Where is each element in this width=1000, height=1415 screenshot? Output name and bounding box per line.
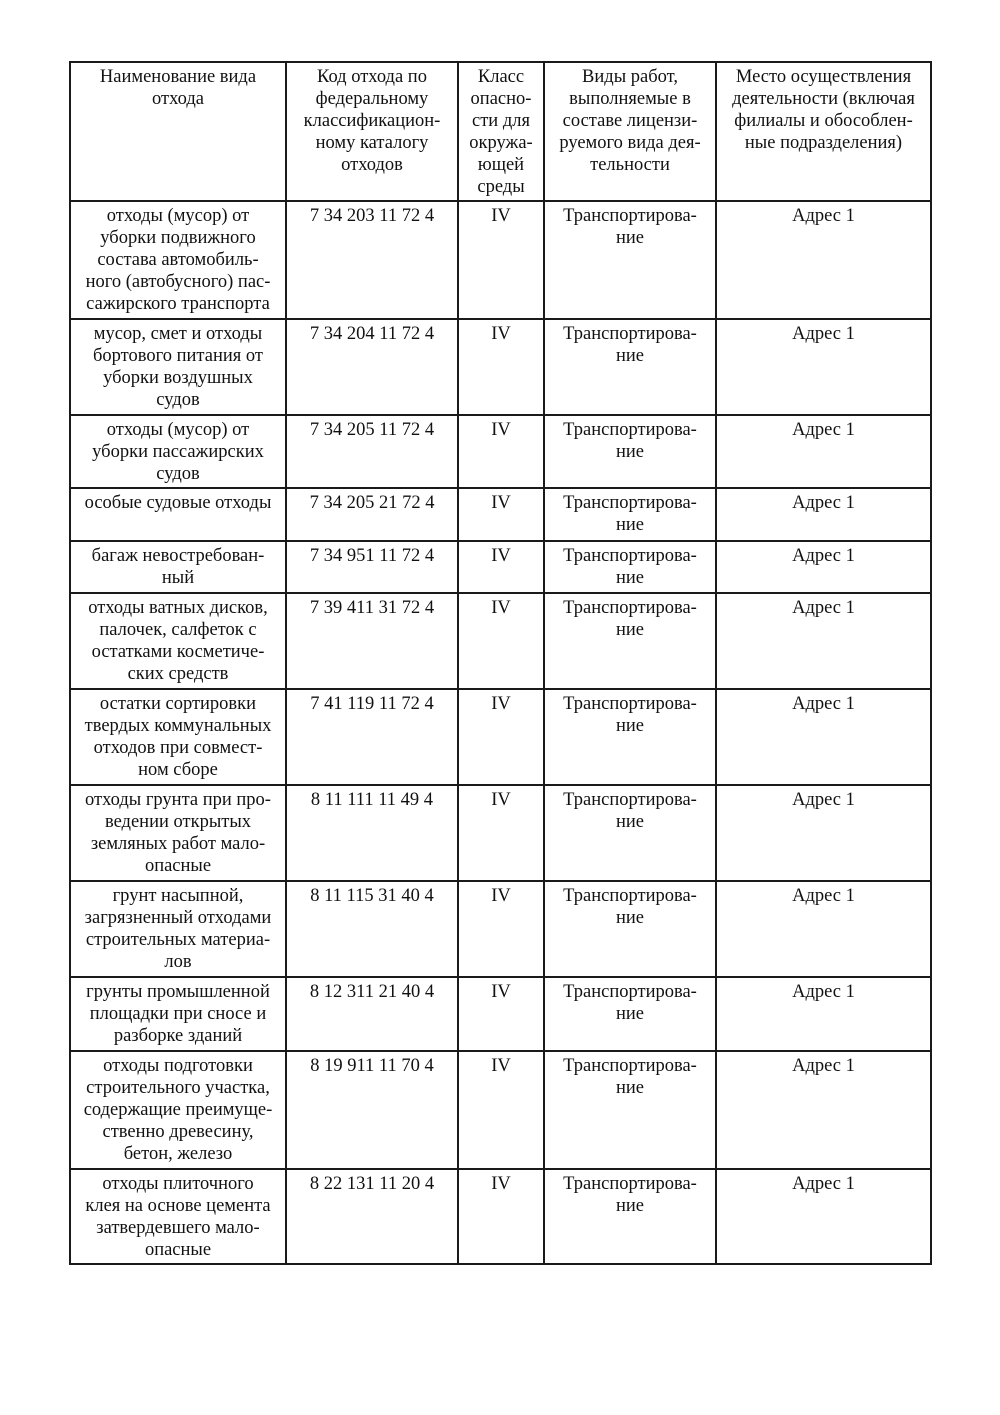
- cell-work-type: Транспортирова- ние: [544, 488, 716, 541]
- table-row: отходы плиточного клея на основе цемента…: [70, 1169, 931, 1264]
- header-work-types: Виды работ, выполняемые в составе лиценз…: [544, 62, 716, 201]
- cell-waste-name: отходы (мусор) от уборки подвижного сост…: [70, 201, 286, 319]
- cell-activity-place: Адрес 1: [716, 1169, 931, 1264]
- cell-activity-place: Адрес 1: [716, 415, 931, 488]
- header-activity-place: Место осуществления деятельности (включа…: [716, 62, 931, 201]
- table-header-row: Наименование вида отхода Код отхода по ф…: [70, 62, 931, 201]
- cell-waste-code: 7 39 411 31 72 4: [286, 593, 458, 689]
- cell-waste-code: 8 12 311 21 40 4: [286, 977, 458, 1051]
- table-row: отходы подготовки строительного участка,…: [70, 1051, 931, 1169]
- cell-waste-name: грунт насыпной, загрязненный отходами ст…: [70, 881, 286, 977]
- cell-hazard-class: IV: [458, 319, 544, 415]
- cell-work-type: Транспортирова- ние: [544, 415, 716, 488]
- cell-work-type: Транспортирова- ние: [544, 1051, 716, 1169]
- cell-work-type: Транспортирова- ние: [544, 541, 716, 593]
- cell-work-type: Транспортирова- ние: [544, 593, 716, 689]
- cell-hazard-class: IV: [458, 1169, 544, 1264]
- table-body: отходы (мусор) от уборки подвижного сост…: [70, 201, 931, 1264]
- cell-waste-name: мусор, смет и отходы бортового питания о…: [70, 319, 286, 415]
- table-row: отходы (мусор) от уборки пассажирских су…: [70, 415, 931, 488]
- cell-activity-place: Адрес 1: [716, 881, 931, 977]
- cell-hazard-class: IV: [458, 415, 544, 488]
- cell-activity-place: Адрес 1: [716, 593, 931, 689]
- cell-waste-name: отходы грунта при про- ведении открытых …: [70, 785, 286, 881]
- table-row: отходы грунта при про- ведении открытых …: [70, 785, 931, 881]
- cell-waste-code: 8 19 911 11 70 4: [286, 1051, 458, 1169]
- cell-activity-place: Адрес 1: [716, 1051, 931, 1169]
- cell-waste-code: 7 34 205 21 72 4: [286, 488, 458, 541]
- header-waste-name: Наименование вида отхода: [70, 62, 286, 201]
- cell-hazard-class: IV: [458, 881, 544, 977]
- cell-waste-code: 7 34 204 11 72 4: [286, 319, 458, 415]
- table-row: отходы (мусор) от уборки подвижного сост…: [70, 201, 931, 319]
- cell-hazard-class: IV: [458, 201, 544, 319]
- cell-hazard-class: IV: [458, 977, 544, 1051]
- cell-waste-code: 7 34 205 11 72 4: [286, 415, 458, 488]
- cell-work-type: Транспортирова- ние: [544, 1169, 716, 1264]
- cell-work-type: Транспортирова- ние: [544, 201, 716, 319]
- cell-waste-name: грунты промышленной площадки при сносе и…: [70, 977, 286, 1051]
- table-row: отходы ватных дисков, палочек, салфеток …: [70, 593, 931, 689]
- cell-waste-code: 7 34 951 11 72 4: [286, 541, 458, 593]
- cell-waste-name: отходы подготовки строительного участка,…: [70, 1051, 286, 1169]
- cell-activity-place: Адрес 1: [716, 319, 931, 415]
- table-row: багаж невостребован- ный7 34 951 11 72 4…: [70, 541, 931, 593]
- cell-work-type: Транспортирова- ние: [544, 881, 716, 977]
- cell-waste-name: отходы (мусор) от уборки пассажирских су…: [70, 415, 286, 488]
- cell-work-type: Транспортирова- ние: [544, 785, 716, 881]
- cell-waste-code: 8 11 115 31 40 4: [286, 881, 458, 977]
- cell-waste-code: 7 41 119 11 72 4: [286, 689, 458, 785]
- cell-hazard-class: IV: [458, 785, 544, 881]
- cell-hazard-class: IV: [458, 1051, 544, 1169]
- cell-waste-name: остатки сортировки твердых коммунальных …: [70, 689, 286, 785]
- cell-work-type: Транспортирова- ние: [544, 689, 716, 785]
- cell-waste-name: багаж невостребован- ный: [70, 541, 286, 593]
- cell-waste-code: 7 34 203 11 72 4: [286, 201, 458, 319]
- cell-waste-code: 8 11 111 11 49 4: [286, 785, 458, 881]
- header-hazard-class: Класс опасно- сти для окружа- ющей среды: [458, 62, 544, 201]
- cell-hazard-class: IV: [458, 593, 544, 689]
- cell-hazard-class: IV: [458, 689, 544, 785]
- header-waste-code: Код отхода по федеральному классификацио…: [286, 62, 458, 201]
- cell-hazard-class: IV: [458, 541, 544, 593]
- cell-activity-place: Адрес 1: [716, 541, 931, 593]
- cell-activity-place: Адрес 1: [716, 785, 931, 881]
- cell-work-type: Транспортирова- ние: [544, 319, 716, 415]
- table-row: особые судовые отходы7 34 205 21 72 4IVТ…: [70, 488, 931, 541]
- cell-work-type: Транспортирова- ние: [544, 977, 716, 1051]
- cell-activity-place: Адрес 1: [716, 689, 931, 785]
- cell-hazard-class: IV: [458, 488, 544, 541]
- cell-activity-place: Адрес 1: [716, 977, 931, 1051]
- cell-waste-name: особые судовые отходы: [70, 488, 286, 541]
- waste-table: Наименование вида отхода Код отхода по ф…: [69, 61, 932, 1265]
- cell-activity-place: Адрес 1: [716, 201, 931, 319]
- cell-waste-name: отходы ватных дисков, палочек, салфеток …: [70, 593, 286, 689]
- table-row: грунты промышленной площадки при сносе и…: [70, 977, 931, 1051]
- cell-waste-code: 8 22 131 11 20 4: [286, 1169, 458, 1264]
- table-row: грунт насыпной, загрязненный отходами ст…: [70, 881, 931, 977]
- table-row: остатки сортировки твердых коммунальных …: [70, 689, 931, 785]
- cell-waste-name: отходы плиточного клея на основе цемента…: [70, 1169, 286, 1264]
- table-row: мусор, смет и отходы бортового питания о…: [70, 319, 931, 415]
- cell-activity-place: Адрес 1: [716, 488, 931, 541]
